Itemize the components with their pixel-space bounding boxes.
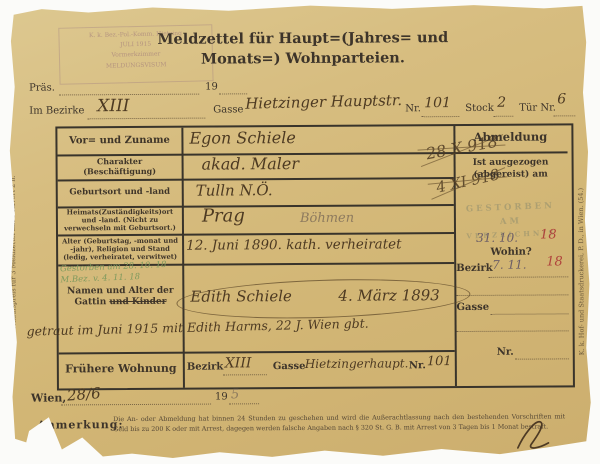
bezirk-value: XIII: [97, 96, 129, 116]
form-title: Meldzettel für Haupt=(Jahres= und Monats…: [135, 28, 471, 69]
stock-label: Stock: [465, 103, 494, 114]
fruehere-bezirk-label: Bezirk: [187, 361, 224, 372]
abmeldung-bezirk-label: Bezirk: [456, 263, 493, 274]
fruehere-gasse-value: Hietzingerhaupt.: [305, 356, 409, 371]
abmeldung-bezirk-year: 18: [546, 254, 563, 269]
value-birthplace: Tulln N.Ö.: [196, 181, 273, 199]
value-birthdate-religion: 12. Juni 1890. kath. verheiratet: [186, 236, 402, 253]
form-title-line1: Meldzettel für Haupt=(Jahres= und: [135, 28, 471, 50]
tuer-value: 6: [557, 91, 566, 107]
hausnr-underline: [421, 115, 459, 117]
label-gattin-line2: Gattin und Kinder: [58, 297, 182, 309]
label-gattin-word: Gattin: [74, 297, 109, 307]
label-birthplace: Geburtsort und -land: [58, 179, 182, 207]
abmeldung-header: Abmeldung: [451, 129, 569, 144]
fruehere-gasse-label: Gasse: [273, 361, 306, 372]
praes-label: Präs.: [29, 82, 55, 93]
abmeldung-bezirk-day: 7. 11.: [492, 258, 526, 272]
death-note-green: Gestorben am 28. 10. 18 M.Bez. v. 4. 11.…: [60, 260, 167, 286]
fruehere-nr-label: Nr.: [409, 360, 426, 371]
value-heimat: Prag: [202, 205, 245, 226]
value-name: Egon Schiele: [189, 128, 295, 148]
bezirk-label: Im Bezirke: [29, 105, 84, 116]
year-prefix: 19: [215, 391, 228, 402]
fruehere-bezirk-value: XIII: [225, 355, 252, 371]
moved-out-line1: Ist ausgezogen: [452, 157, 570, 169]
praes-year-blank: [219, 92, 247, 94]
left-margin-imprint: Verkaufspreis für 3 Meldzettel mit 1 Kuv…: [8, 105, 23, 405]
tuer-underline: [553, 114, 575, 116]
death-date-year: 18: [540, 227, 557, 242]
value-occupation: akad. Maler: [202, 154, 299, 174]
gasse-label: Gasse: [213, 104, 243, 115]
date-blank-line: [61, 403, 211, 406]
label-name: Vor= und Zuname: [57, 128, 181, 155]
label-occupation: Charakter (Beschäftigung): [58, 154, 182, 180]
bezirk-underline: [87, 117, 205, 120]
moved-out-label: Ist ausgezogen (abgereist) am: [452, 157, 570, 181]
tuer-label: Tür Nr.: [519, 102, 556, 113]
praes-year-prefix: 19: [205, 81, 218, 92]
wife-name: Edith Schiele: [190, 287, 292, 306]
note-label: Anmerkung:: [37, 418, 123, 432]
date-handwritten: 28/6: [66, 384, 101, 405]
fruehere-bezirk-underline: [223, 373, 267, 375]
abmeldung-gasse-label: Gasse: [456, 302, 489, 313]
moved-out-line2: (abgereist) am: [452, 169, 570, 181]
note-text: Die An- oder Abmeldung hat binnen 24 Stu…: [113, 412, 565, 435]
photo-background: Verkaufspreis für 3 Meldzettel mit 1 Kuv…: [0, 0, 600, 464]
form-title-line2: Monats=) Wohnparteien.: [135, 48, 471, 70]
abmeldung-nr-label: Nr.: [497, 347, 514, 358]
abmeldung-nr-line: [515, 357, 569, 359]
fruehere-nr-value: 101: [427, 354, 452, 369]
label-fruehere-wohnung: Frühere Wohnung: [59, 352, 183, 387]
meldezettel-document: Verkaufspreis für 3 Meldzettel mit 1 Kuv…: [7, 1, 594, 461]
signature-squiggle: [509, 411, 561, 458]
stock-underline: [493, 115, 513, 117]
stock-value: 2: [497, 95, 506, 111]
hausnr-label: Nr.: [405, 103, 421, 114]
wife-birthdate: 4. März 1893: [338, 286, 440, 305]
label-heimat: Heimats(Zuständigkeits)ort und -land. (N…: [58, 206, 182, 235]
label-gattin-struck: und Kinder: [109, 297, 166, 307]
gasse-value: Hietzinger Hauptstr.: [245, 91, 402, 113]
death-date-day: 31. 10.: [476, 231, 518, 245]
label-gattin-line1: Namen und Alter der: [58, 286, 182, 298]
value-heimat-pencil: Böhmen: [300, 211, 354, 226]
year-blank-line: [229, 402, 259, 404]
praes-blank-line: [59, 93, 199, 96]
hausnr-value: 101: [424, 95, 451, 111]
right-margin-imprint: K. k. Hof- und Staatsdruckerei, P. D., i…: [576, 121, 591, 421]
year-handwritten: 5: [231, 387, 239, 402]
label-gattin: Namen und Alter der Gattin und Kinder: [58, 286, 182, 309]
